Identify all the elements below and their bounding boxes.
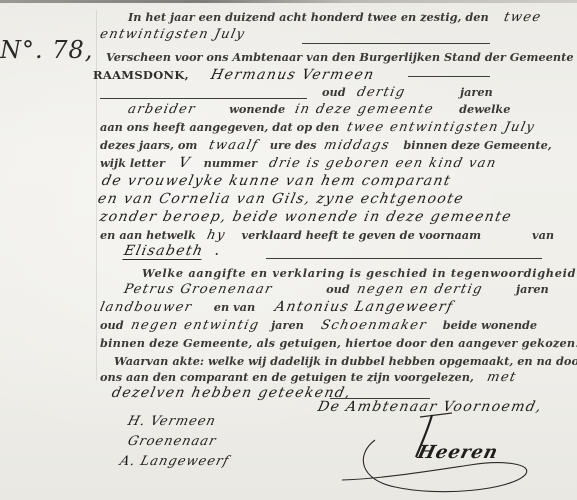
line-16: Petrus Groenenaar oud negen en dertig: [124, 282, 483, 297]
printed-text: Welke aangifte en verklaring is geschied…: [142, 266, 577, 280]
line-3: Verscheen voor ons Ambtenaar van den Bur…: [106, 50, 574, 65]
line-14: Elisabeth .: [124, 244, 219, 260]
line-5-jaren: jaren: [460, 85, 493, 100]
line-9: wijk letter V nummer drie is geboren een…: [100, 156, 496, 171]
margin-rule: [96, 10, 97, 380]
printed-text: wijk letter: [100, 156, 165, 170]
witness-1-name: Petrus Groenenaar: [123, 283, 275, 297]
line-15: Welke aangifte en verklaring is geschied…: [142, 266, 577, 281]
declarant-name: Hermanus Vermeen: [209, 68, 376, 82]
line-18: oud negen entwintig jaren Schoenmaker be…: [100, 318, 537, 333]
line-21: ons aan den comparant en de getuigen te …: [100, 370, 517, 385]
printed-van: van: [532, 228, 554, 242]
line-6: arbeider wonende in deze gemeente dewelk…: [128, 102, 510, 117]
line-12: zonder beroep, beide wonende in deze gem…: [100, 210, 512, 225]
folio-number: N°. 78,: [0, 36, 93, 64]
witness-2-name: Antonius Langeweerf: [273, 300, 454, 314]
witness-1-age: negen en dertig: [356, 283, 485, 297]
printed-dewelke: dewelke: [459, 102, 510, 116]
mother-occupation-residence: zonder beroep, beide wonende in deze gem…: [99, 210, 514, 224]
handwritten-day: twee: [503, 11, 543, 25]
handwritten-met: met: [486, 371, 518, 385]
printed-oud: oud: [100, 318, 124, 332]
line-8: dezes jaars, om twaalf ure des middags b…: [100, 138, 552, 153]
printed-text: binnen deze Gemeente, als getuigen, hier…: [100, 336, 577, 350]
fill-line: [408, 76, 490, 77]
line-13: en aan hetwelk hy verklaard heeft te gev…: [100, 228, 481, 243]
child-given-name: Elisabeth: [122, 244, 205, 260]
printed-wonende: wonende: [229, 102, 285, 116]
line-22: dezelven hebben geteekend,: [112, 386, 351, 401]
declarant-occupation: arbeider: [127, 103, 198, 117]
signature-witness-2: A. Langeweerf: [118, 454, 231, 469]
house-number-and-child: drie is geboren een kind van: [267, 157, 497, 171]
line-17: landbouwer en van Antonius Langeweerf: [100, 300, 453, 315]
printed-jaren: jaren: [271, 318, 304, 332]
line-1: In het jaar een duizend acht honderd twe…: [128, 10, 542, 25]
signature-flourish-icon: [320, 405, 550, 500]
ward-letter: V: [177, 156, 191, 170]
printed-text: Waarvan akte: welke wij dadelijk in dubb…: [114, 354, 577, 368]
line-7: aan ons heeft aangegeven, dat op den twe…: [100, 120, 535, 135]
witness-1-occupation: landbouwer: [99, 301, 194, 315]
printed-text: In het jaar een duizend acht honderd twe…: [128, 10, 489, 24]
printed-oud: oud: [326, 282, 350, 296]
line-11: en van Cornelia van Gils, zyne echtgenoo…: [98, 192, 464, 207]
period: .: [215, 244, 219, 258]
printed-text: nummer: [204, 156, 257, 170]
line-13-van: van: [532, 228, 554, 243]
birth-date: twee entwintigsten July: [345, 121, 536, 135]
line-4: RAAMSDONK, Hermanus Vermeen: [93, 68, 374, 83]
printed-oud: oud: [322, 85, 346, 99]
fill-line: [100, 98, 307, 99]
birth-hour: twaalf: [207, 139, 259, 153]
printed-jaren: jaren: [516, 282, 549, 296]
printed-text: ure des: [270, 138, 317, 152]
handwritten-date: entwintigsten July: [99, 28, 247, 42]
declarant-residence: in deze gemeente: [293, 103, 435, 117]
printed-text: en van: [214, 300, 255, 314]
line-19: binnen deze Gemeente, als getuigen, hier…: [100, 336, 577, 351]
municipality-name: RAAMSDONK,: [93, 68, 189, 82]
line-20: Waarvan akte: welke wij dadelijk in dubb…: [114, 354, 577, 369]
printed-text: dezes jaars, om: [100, 138, 197, 152]
printed-jaren: jaren: [460, 85, 493, 99]
child-sex: de vrouwelyke kunne van hem comparant: [101, 174, 453, 188]
fill-line: [302, 43, 490, 44]
mother-name: en van Cornelia van Gils, zyne echtgenoo…: [97, 192, 466, 206]
line-16-jaren: jaren: [516, 282, 549, 297]
printed-text: Verscheen voor ons Ambtenaar van den Bur…: [106, 50, 574, 64]
printed-text: beide wonende: [443, 318, 537, 332]
witness-2-age: negen entwintig: [130, 319, 261, 333]
declarant-pronoun: hy: [206, 229, 228, 243]
signature-declarant: H. Vermeen: [126, 414, 218, 429]
birth-time-of-day: middags: [323, 139, 392, 153]
printed-text: en aan hetwelk: [100, 228, 196, 242]
page-top-edge: [0, 0, 577, 3]
fill-line: [266, 258, 542, 259]
signature-witness-1: Groenenaar: [126, 434, 218, 449]
document-page: N°. 78, In het jaar een duizend acht hon…: [0, 0, 577, 500]
handwritten-signed-clause: dezelven hebben geteekend,: [111, 386, 353, 400]
line-10: de vrouwelyke kunne van hem comparant: [102, 174, 451, 189]
printed-text: binnen deze Gemeente,: [403, 138, 551, 152]
line-5: oud dertig: [322, 85, 406, 100]
printed-text: aan ons heeft aangegeven, dat op den: [100, 120, 339, 134]
line-2: entwintigsten July: [100, 28, 245, 42]
printed-text: ons aan den comparant en de getuigen te …: [100, 370, 474, 384]
declarant-age: dertig: [356, 86, 407, 100]
printed-text: verklaard heeft te geven de voornaam: [242, 228, 482, 242]
witness-2-occupation: Schoenmaker: [320, 319, 429, 333]
